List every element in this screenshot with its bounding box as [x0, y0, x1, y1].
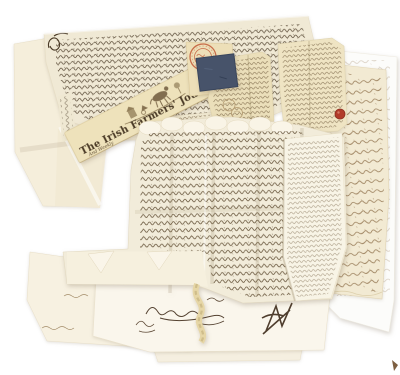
ruffle — [249, 117, 271, 131]
booklet-cover — [196, 54, 238, 91]
wax-seal — [335, 109, 345, 119]
documents-still-life: The Irish Farmers' Journal, And Weekly — [0, 0, 400, 375]
photo-of-antique-documents: The Irish Farmers' Journal, And Weekly — [0, 0, 400, 375]
right-docket — [278, 38, 347, 133]
docket-script — [282, 42, 343, 129]
bright-panel-script — [287, 137, 342, 297]
plica-fold — [67, 251, 208, 287]
cloth-booklet — [196, 54, 238, 91]
ruffle — [205, 116, 227, 130]
docket-crease — [309, 41, 310, 131]
crease — [257, 131, 259, 296]
ruffle — [161, 117, 183, 131]
wax-seal-highlight — [337, 111, 339, 113]
